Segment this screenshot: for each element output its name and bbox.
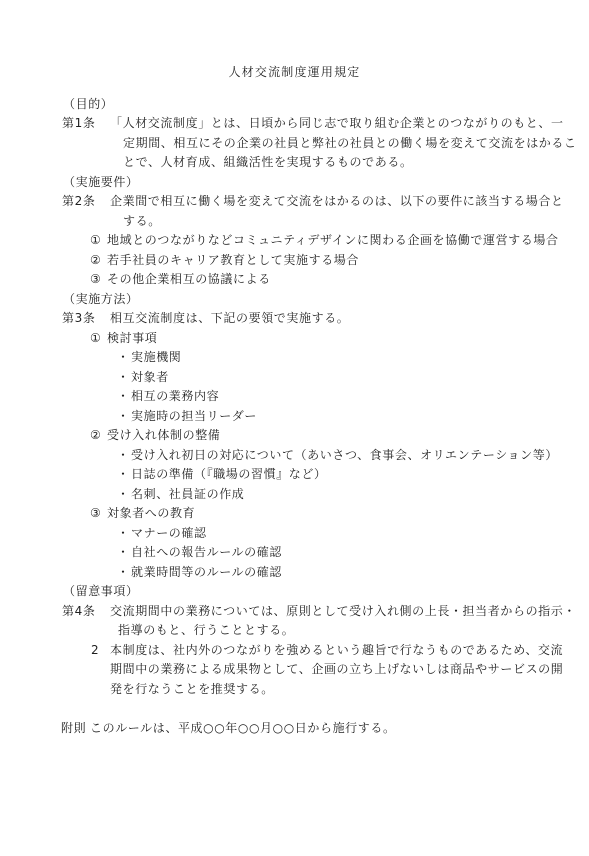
article-4-text-continued: 指導のもと、行うこととする。 bbox=[0, 621, 589, 641]
article-1-text-continued: とで、人材育成、組織活性を実現するものである。 bbox=[0, 153, 589, 173]
bullet-marker: ・ bbox=[117, 524, 131, 544]
section-heading-method: （実施方法） bbox=[0, 290, 589, 310]
bullet-item: ・マナーの確認 bbox=[0, 524, 589, 544]
numbered-item-text: 若手社員のキャリア教育として実施する場合 bbox=[107, 253, 359, 267]
bullet-marker: ・ bbox=[117, 563, 131, 583]
bullet-item: ・受け入れ初日の対応について（あいさつ、食事会、オリエンテーション等） bbox=[0, 446, 589, 466]
bullet-marker: ・ bbox=[117, 485, 131, 505]
numbered-item-3: ③対象者への教育 bbox=[0, 504, 589, 524]
bullet-item-text: マナーの確認 bbox=[131, 526, 207, 540]
article-1-text: 「人材交流制度」とは、日頃から同じ志で取り組む企業とのつながりのもと、一 bbox=[110, 116, 564, 130]
bullet-marker: ・ bbox=[117, 446, 131, 466]
section-heading-requirements: （実施要件） bbox=[0, 173, 589, 193]
bullet-item-text: 受け入れ初日の対応について（あいさつ、食事会、オリエンテーション等） bbox=[131, 448, 558, 462]
circled-number-marker: ② bbox=[90, 426, 107, 446]
article-2-line: 第2条企業間で相互に働く場を変えて交流をはかるのは、以下の要件に該当する場合と bbox=[0, 192, 589, 212]
article-4-number: 第4条 bbox=[62, 602, 110, 622]
bullet-item-text: 実施機関 bbox=[131, 350, 181, 364]
article-3-text: 相互交流制度は、下記の要領で実施する。 bbox=[110, 311, 349, 325]
document-page: 人材交流制度運用規定 （目的） 第1条「人材交流制度」とは、日頃から同じ志で取り… bbox=[0, 0, 589, 856]
numbered-item-text: 地域とのつながりなどコミュニティデザインに関わる企画を協働で運営する場合 bbox=[107, 233, 559, 247]
bullet-marker: ・ bbox=[117, 387, 131, 407]
numbered-item-2: ②受け入れ体制の整備 bbox=[0, 426, 589, 446]
circled-number-marker: ① bbox=[90, 231, 107, 251]
blank-line bbox=[0, 699, 589, 719]
bullet-item: ・実施時の担当リーダー bbox=[0, 407, 589, 427]
article-2-text: 企業間で相互に働く場を変えて交流をはかるのは、以下の要件に該当する場合と bbox=[110, 194, 564, 208]
article-4-text: 交流期間中の業務については、原則として受け入れ側の上長・担当者からの指示・ bbox=[110, 604, 576, 618]
bullet-item-text: 対象者 bbox=[131, 370, 169, 384]
subparagraph-2-text-continued: 期間中の業務による成果物として、企画の立ち上げないしは商品やサービスの開 bbox=[0, 660, 589, 680]
numbered-item-2: ②若手社員のキャリア教育として実施する場合 bbox=[0, 251, 589, 271]
bullet-item-text: 自社への報告ルールの確認 bbox=[131, 545, 282, 559]
bullet-item: ・就業時間等のルールの確認 bbox=[0, 563, 589, 583]
article-2-number: 第2条 bbox=[62, 192, 110, 212]
bullet-item-text: 名刺、社員証の作成 bbox=[131, 487, 244, 501]
section-heading-notes: （留意事項） bbox=[0, 582, 589, 602]
bullet-item: ・日誌の準備（『職場の習慣』など） bbox=[0, 465, 589, 485]
numbered-item-text: 対象者への教育 bbox=[107, 506, 195, 520]
bullet-item: ・名刺、社員証の作成 bbox=[0, 485, 589, 505]
appendix-text: このルールは、平成○○年○○月○○日から施行する。 bbox=[90, 721, 396, 735]
bullet-item-text: 就業時間等のルールの確認 bbox=[131, 565, 282, 579]
circled-number-marker: ② bbox=[90, 251, 107, 271]
article-4-line: 第4条交流期間中の業務については、原則として受け入れ側の上長・担当者からの指示・ bbox=[0, 602, 589, 622]
numbered-item-text: その他企業相互の協議による bbox=[107, 272, 271, 286]
circled-number-marker: ③ bbox=[90, 504, 107, 524]
bullet-item-text: 相互の業務内容 bbox=[131, 389, 219, 403]
bullet-item: ・相互の業務内容 bbox=[0, 387, 589, 407]
numbered-item-1: ①検討事項 bbox=[0, 329, 589, 349]
document-title: 人材交流制度運用規定 bbox=[0, 63, 589, 83]
article-2-text-continued: する。 bbox=[0, 212, 589, 232]
bullet-item-text: 日誌の準備（『職場の習慣』など） bbox=[131, 467, 327, 481]
section-heading-purpose: （目的） bbox=[0, 95, 589, 115]
numbered-item-1: ①地域とのつながりなどコミュニティデザインに関わる企画を協働で運営する場合 bbox=[0, 231, 589, 251]
article-1-line: 第1条「人材交流制度」とは、日頃から同じ志で取り組む企業とのつながりのもと、一 bbox=[0, 114, 589, 134]
subparagraph-2-text-continued: 発を行なうことを推奨する。 bbox=[0, 680, 589, 700]
bullet-item-text: 実施時の担当リーダー bbox=[131, 409, 257, 423]
article-1-number: 第1条 bbox=[62, 114, 110, 134]
subparagraph-text: 本制度は、社内外のつながりを強めるという趣旨で行なうものであるため、交流 bbox=[110, 643, 563, 657]
article-3-number: 第3条 bbox=[62, 309, 110, 329]
appendix-line: 附則このルールは、平成○○年○○月○○日から施行する。 bbox=[0, 719, 589, 739]
bullet-marker: ・ bbox=[117, 407, 131, 427]
article-1-text-continued: 定期間、相互にその企業の社員と弊社の社員との働く場を変えて交流をはかるこ bbox=[0, 134, 589, 154]
subparagraph-2-line: 2本制度は、社内外のつながりを強めるという趣旨で行なうものであるため、交流 bbox=[0, 641, 589, 661]
circled-number-marker: ③ bbox=[90, 270, 107, 290]
bullet-marker: ・ bbox=[117, 348, 131, 368]
appendix-label: 附則 bbox=[61, 719, 90, 739]
numbered-item-text: 受け入れ体制の整備 bbox=[107, 428, 220, 442]
article-3-line: 第3条相互交流制度は、下記の要領で実施する。 bbox=[0, 309, 589, 329]
bullet-item: ・実施機関 bbox=[0, 348, 589, 368]
subparagraph-number: 2 bbox=[91, 641, 110, 661]
bullet-item: ・対象者 bbox=[0, 368, 589, 388]
bullet-marker: ・ bbox=[117, 543, 131, 563]
numbered-item-3: ③その他企業相互の協議による bbox=[0, 270, 589, 290]
bullet-item: ・自社への報告ルールの確認 bbox=[0, 543, 589, 563]
bullet-marker: ・ bbox=[117, 368, 131, 388]
circled-number-marker: ① bbox=[90, 329, 107, 349]
numbered-item-text: 検討事項 bbox=[107, 331, 157, 345]
document-body: 人材交流制度運用規定 （目的） 第1条「人材交流制度」とは、日頃から同じ志で取り… bbox=[0, 63, 589, 738]
bullet-marker: ・ bbox=[117, 465, 131, 485]
